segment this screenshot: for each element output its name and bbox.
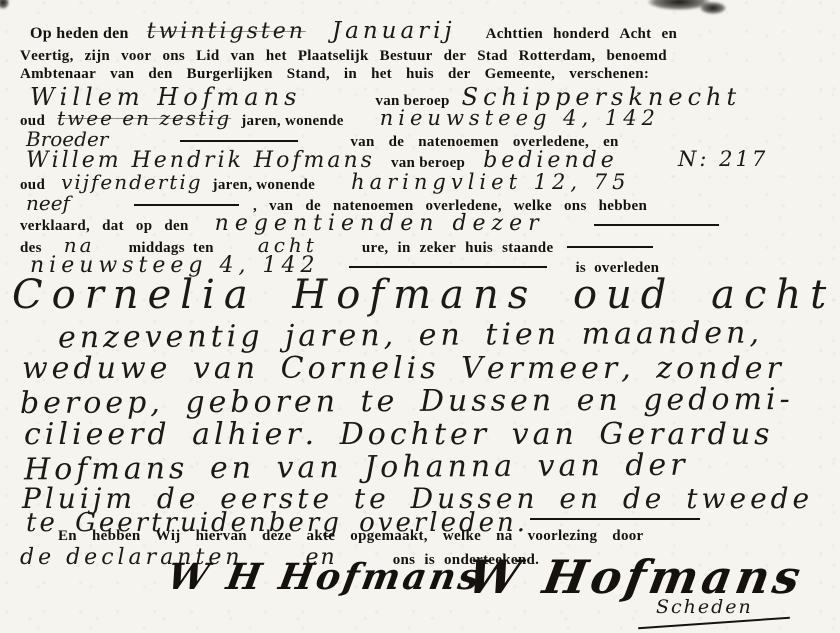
filler-rule <box>349 266 547 268</box>
deceased-line: beroep, geboren te Dussen en gedomi- <box>20 382 794 421</box>
closing-line-1: En hebben Wij hiervan deze akte opgemaak… <box>58 527 644 545</box>
opening-line-1: Op heden den twintigsten Januarij Achtti… <box>30 18 677 44</box>
signature-declarant1: W H Hofmans <box>168 556 482 598</box>
printed-text: van beroep <box>391 155 465 171</box>
printed-text: Veertig, zijn voor ons Lid van het Plaat… <box>20 48 667 64</box>
handwritten-day: twintigsten <box>147 19 306 44</box>
deceased-line: Cornelia Hofmans oud acht <box>12 272 835 318</box>
scan-smudge-top-2 <box>700 2 726 14</box>
filler-rule <box>180 140 298 142</box>
filler-rule <box>134 204 239 206</box>
scan-smudge-corner <box>0 0 9 9</box>
filler-rule <box>567 246 653 248</box>
deceased-line: weduwe van Cornelis Vermeer, zonder <box>22 351 785 386</box>
printed-text: Ambtenaar van den Burgerlijken Stand, in… <box>20 66 649 82</box>
signature-official: Scheden <box>656 596 753 618</box>
printed-text: Achttien honderd Acht en <box>486 26 677 42</box>
signature-text: W H Hofmans <box>164 556 485 598</box>
deceased-line: cilieerd alhier. Dochter van Gerardus <box>24 417 774 452</box>
signature-text: Scheden <box>656 596 753 618</box>
handwritten-month: Januarij <box>332 18 456 44</box>
filler-rule <box>594 224 719 226</box>
handwritten-act-number: N: 217 <box>678 147 768 171</box>
opening-line-3: Ambtenaar van den Burgerlijken Stand, in… <box>20 65 649 83</box>
opening-line-2: Veertig, zijn voor ons Lid van het Plaat… <box>20 47 667 65</box>
signature-text: W Hofmans <box>463 550 808 604</box>
signature-underline <box>638 617 790 630</box>
act-number: N: 217 <box>678 147 768 171</box>
printed-text: En hebben Wij hiervan deze akte opgemaak… <box>58 528 644 544</box>
filler-rule <box>530 518 700 520</box>
deceased-line: enzeventig jaren, en tien maanden, <box>58 316 763 356</box>
printed-text: Op heden den <box>30 25 129 42</box>
signature-declarant2: W Hofmans <box>468 550 803 604</box>
death-certificate-scan: Op heden den twintigsten Januarij Achtti… <box>0 0 840 633</box>
printed-text: verklaard, dat op den <box>20 218 189 234</box>
